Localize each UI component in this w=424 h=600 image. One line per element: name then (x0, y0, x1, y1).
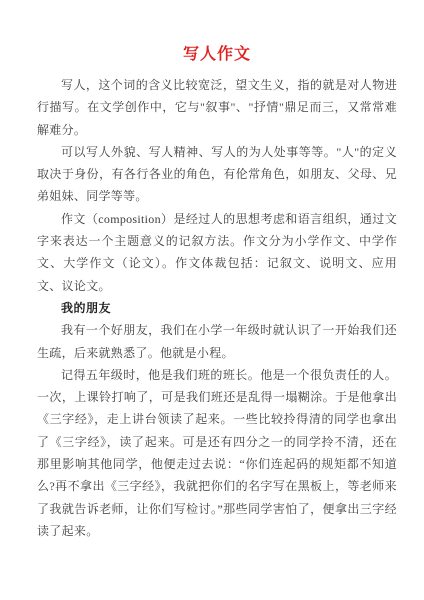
essay-paragraph-1: 我有一个好朋友，我们在小学一年级时就认识了一开始我们还生疏，后来就熟悉了。他就是… (37, 319, 397, 364)
document-title: 写人作文 (37, 44, 397, 66)
essay-paragraph-2: 记得五年级时，他是我们班的班长。他是一个很负责任的人。一次，上课铃打响了，可是我… (37, 364, 397, 542)
intro-paragraph-1: 写人，这个词的含义比较宽泛，望文生义，指的就是对人物进行描写。在文学创作中，它与… (37, 74, 397, 141)
intro-paragraph-3: 作文（composition）是经过人的思想考虑和语言组织，通过文字来表达一个主… (37, 208, 397, 297)
intro-paragraph-2: 可以写人外貌、写人精神、写人的为人处事等等。"人"的定义取决于身份，有各行各业的… (37, 141, 397, 208)
document-page: 写人作文 写人，这个词的含义比较宽泛，望文生义，指的就是对人物进行描写。在文学创… (0, 0, 424, 600)
essay-heading: 我的朋友 (37, 297, 397, 319)
